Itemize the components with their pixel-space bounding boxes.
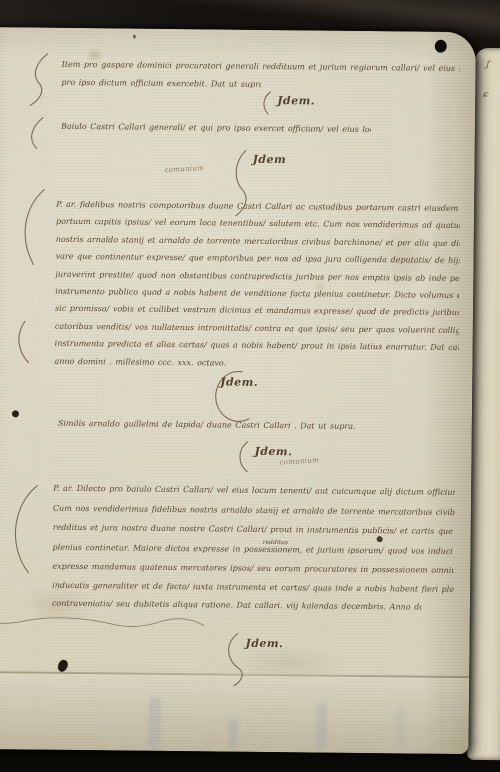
ink-dot-margin [12,410,19,417]
text-line: P. ar. fidelibus nostris compotoribus du… [56,200,460,213]
idem-mark-2: Jdem [253,153,287,166]
text-line: sic promissa/ vobis et cuilibet vestrum … [55,304,459,317]
pen-flourishes [0,27,476,754]
marginal-note-2: comunium [279,456,319,466]
blue-stain [228,718,237,750]
entry-4-heading: Similis arnaldo guillelmi de lapida/ dua… [58,419,358,431]
text-line: portuum capitis ipsius/ vel eorum loca t… [56,217,460,230]
blue-stain [316,703,326,749]
idem-mark-5: Jdem. [245,637,283,650]
text-line: Cum nos vendiderimus fidelibus nostris a… [53,504,455,517]
text-line: anno domini . millesimo ccc. xxx. octavo… [54,357,234,368]
paraph-entry1 [30,53,48,105]
text-line: pro ipso dictum officium exercebit. Dat … [61,78,261,89]
wavy-crease [0,617,204,628]
text-line: catoribus venditis/ vos nullatenus intro… [55,322,459,335]
text-line: P. ar. Dilecto pro baiulo Castri Callari… [53,484,455,497]
bracket-idem4 [240,442,248,472]
ink-dot-text [377,536,383,542]
text-line: contraveniatis/ seu dubitetis aliqua rat… [52,599,422,612]
pen-mark: ʃ [486,60,490,70]
manuscript-page: Item pro gaspare dominici procuratori ge… [0,27,476,754]
paraph-entry2 [31,118,43,149]
text-line: vare que continentur expresse/ que empto… [56,252,460,265]
ink-speck [133,35,136,39]
text-line: expresse mandamus quatenus mercatores ip… [52,562,454,575]
text-line: juraverint prestite/ quod non obstantibu… [55,270,459,283]
blue-stain [396,707,404,747]
paraph-entry3b [19,321,29,362]
paraph-entry5 [15,485,37,572]
text-line: plenius continetur. Maiore dictos expres… [53,543,455,556]
paraph-entry3 [25,189,45,264]
bracket-idem1 [264,92,271,114]
marginal-note-1: comunium [164,164,204,174]
idem-mark-1: Jdem. [277,94,315,107]
wormhole [435,40,447,53]
text-line: nostris arnaldo stanij et arnaldo de tor… [56,235,460,248]
interlinear-insertion: redditus [263,539,288,546]
text-line: Item pro gaspare dominici procuratori ge… [62,60,460,73]
manuscript-photo: ʃ ɕ [0,0,500,772]
blue-stain [148,697,161,749]
idem-mark-3: Jdem. [220,375,258,388]
text-line: instrumento publico quod a nobis habent … [55,287,459,300]
pen-mark: ɕ [482,90,489,101]
laid-paper-texture [0,27,476,754]
text-line: inducatis generaliter et de facto/ iuxta… [52,581,454,594]
text-line: instrumenta predicta et alias cartas/ qu… [55,339,459,352]
idem-mark-4: Jdem. [255,445,293,458]
text-line: redditus et jura nostra duane nostre Cas… [53,523,455,536]
entry-2-heading: Baiulo Castri Callari generali/ et qui p… [61,122,371,134]
